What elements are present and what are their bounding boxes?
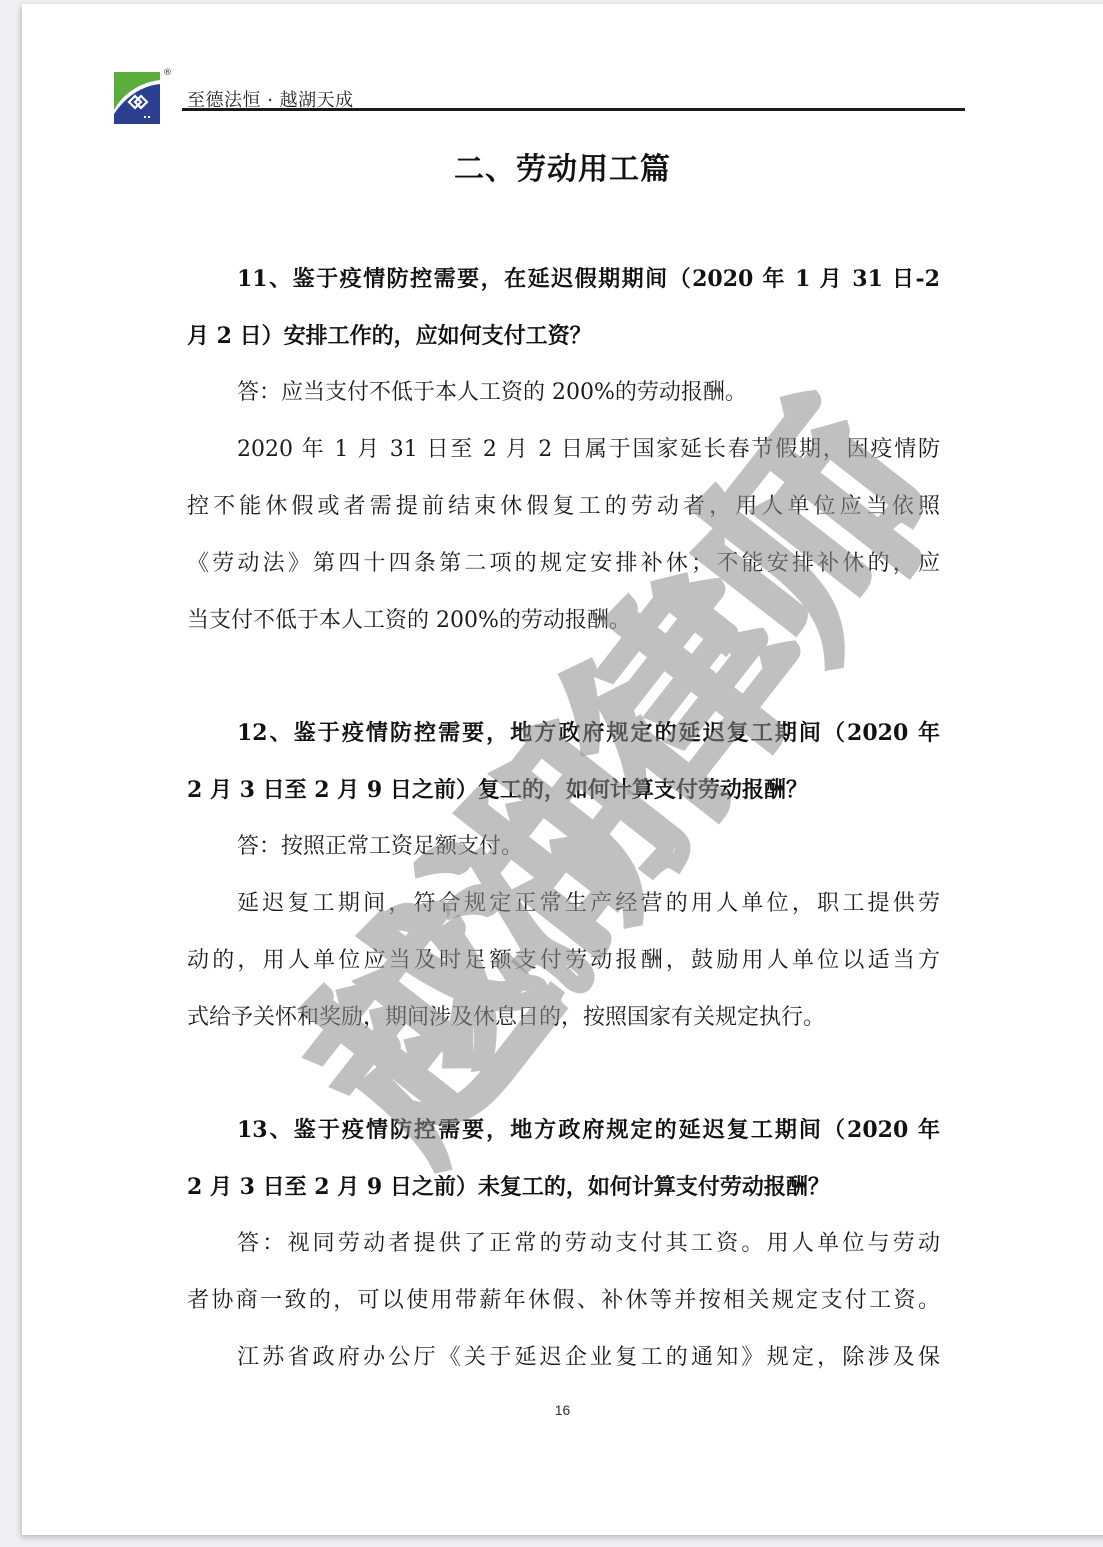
explanation-line: 控不能休假或者需提前结束休假复工的劳动者，用人单位应当依照 — [187, 492, 940, 522]
explanation-line: 2020 年 1 月 31 日至 2 月 2 日属于国家延长春节假期，因疫情防 — [237, 435, 940, 465]
question-line: 12、鉴于疫情防控需要，地方政府规定的延迟复工期间（2020 年 — [237, 718, 940, 748]
answer-line: 答：视同劳动者提供了正常的劳动支付其工资。用人单位与劳动 — [237, 1229, 940, 1259]
question-line: 2 月 3 日至 2 月 9 日之前）未复工的，如何计算支付劳动报酬？ — [187, 1172, 940, 1202]
answer-line: 答：按照正常工资足额支付。 — [237, 832, 940, 862]
explanation-line: 动的，用人单位应当及时足额支付劳动报酬，鼓励用人单位以适当方 — [187, 946, 940, 976]
explanation-line: 当支付不低于本人工资的 200%的劳动报酬。 — [187, 606, 940, 636]
explanation-line: 江苏省政府办公厅《关于延迟企业复工的通知》规定，除涉及保 — [237, 1343, 940, 1373]
question-line: 月 2 日）安排工作的，应如何支付工资？ — [187, 321, 940, 351]
question-line: 13、鉴于疫情防控需要，地方政府规定的延迟复工期间（2020 年 — [237, 1115, 940, 1145]
answer-line: 答：应当支付不低于本人工资的 200%的劳动报酬。 — [237, 378, 940, 408]
explanation-line: 式给予关怀和奖励，期间涉及休息日的，按照国家有关规定执行。 — [187, 1003, 940, 1033]
question-line: 11、鉴于疫情防控需要，在延迟假期期间（2020 年 1 月 31 日-2 — [237, 264, 940, 294]
firm-logo-icon — [114, 72, 160, 124]
registered-trademark-icon: ® — [163, 68, 172, 78]
header-rule — [182, 108, 965, 111]
answer-line: 者协商一致的，可以使用带薪年休假、补休等并按相关规定支付工资。 — [187, 1286, 940, 1316]
page-number: 16 — [22, 1402, 1103, 1418]
explanation-line: 《劳动法》第四十四条第二项的规定安排补休；不能安排补休的，应 — [187, 549, 940, 579]
explanation-line: 延迟复工期间，符合规定正常生产经营的用人单位，职工提供劳 — [237, 889, 940, 919]
question-line: 2 月 3 日至 2 月 9 日之前）复工的，如何计算支付劳动报酬？ — [187, 775, 940, 805]
chapter-title: 二、劳动用工篇 — [22, 144, 1103, 188]
document-page: ® 至德法恒 · 越湖天成 二、劳动用工篇 11、鉴于疫情防控需要，在延迟假期期… — [22, 4, 1103, 1535]
